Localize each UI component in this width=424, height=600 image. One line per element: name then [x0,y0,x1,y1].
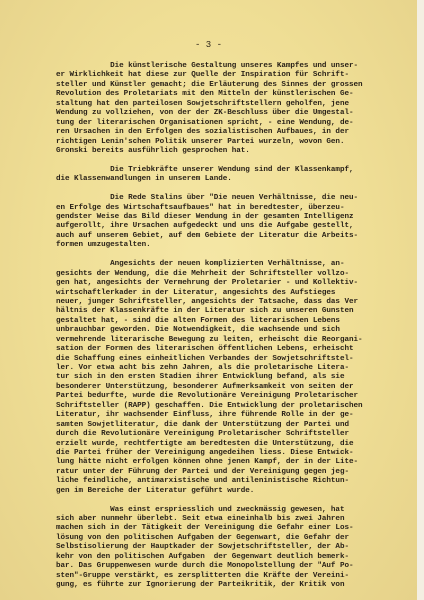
text-line: Die Triebkräfte unserer Wendung sind der… [56,166,414,175]
text-line: erzielt wurde, rechtfertigte am beredtes… [56,440,414,449]
text-line: die Klassenwandlungen in unserem Lande. [56,175,414,184]
text-line: hältnis der Klassenkräfte in der Literat… [56,307,414,316]
paragraph-gap [56,185,414,194]
text-line: Wendung zu vollziehen, von der der ZK-Be… [56,109,414,118]
text-line: vermehrende literarische Bewegung zu lei… [56,336,414,345]
text-line: Die Rede Stalins über "Die neuen Verhält… [56,194,414,203]
text-line: sten"-Gruppe verstärkt, es zersplitterte… [56,572,414,581]
text-line: gung, es führte zur Ignorierung der Part… [56,581,414,590]
text-line: staltung hat den parteilosen Sowjetschri… [56,100,414,109]
text-line: die Schaffung eines einheitlichen Verban… [56,355,414,364]
text-line: lösung von den politischen Aufgaben der … [56,534,414,543]
text-line: lung hätte nicht erfolgen können ohne je… [56,458,414,467]
text-line: ler. Vor etwa acht bis zehn Jahren, als … [56,364,414,373]
text-line: Was einst erspriesslich und zweckmässig … [56,506,414,515]
text-line: aufgerollt, ihre Ursachen aufgedeckt und… [56,222,414,231]
text-line: auch auf unserem Gebiet, auf dem Gebiete… [56,232,414,241]
text-line: samten Sowjetliteratur, die dank der Unt… [56,421,414,430]
text-line: steller und Künstler gemacht; die Erläut… [56,81,414,90]
text-line: gesichts der Wendung, die die Mehrheit d… [56,270,414,279]
text-line: gen hat, angesichts der Vermehrung der P… [56,279,414,288]
text-line: Literatur, ihr wachsender Einfluss, ihre… [56,411,414,420]
text-line: neuer, junger Schriftsteller, angesichts… [56,298,414,307]
page-number: - 3 - [0,40,417,50]
paragraph-gap [56,251,414,260]
text-line: tung der literarischen Organisationen sp… [56,119,414,128]
text-line: gendster Weise das Bild dieser Wendung i… [56,213,414,222]
scan-margin [417,0,424,600]
text-line: sation der Formen des literarischen öffe… [56,345,414,354]
paragraph: Die künstlerische Gestaltung unseres Kam… [56,62,414,156]
text-line: durch die Revolutionäre Vereinigung Prol… [56,430,414,439]
text-line: Revolution des Proletariats mit den Mitt… [56,90,414,99]
text-line: kehr von den politischen Aufgaben der Ge… [56,553,414,562]
document-body: Die künstlerische Gestaltung unseres Kam… [56,62,414,591]
text-line: tur sich in den ersten Stadien ihrer Ent… [56,373,414,382]
paragraph-gap [56,496,414,505]
text-line: Schriftsteller (RAPP) geschaffen. Die En… [56,402,414,411]
text-line: ren Ursachen in den Erfolgen des soziali… [56,128,414,137]
text-line: en Erfolge des Wirtschaftsaufbaues" hat … [56,204,414,213]
text-line: formen umzugestalten. [56,241,414,250]
text-line: richtigen Lenin'schen Politik unserer Pa… [56,138,414,147]
paragraph: Die Triebkräfte unserer Wendung sind der… [56,166,414,185]
text-line: besonderer Unterstützung, besonderer Auf… [56,383,414,392]
text-line: Angesichts der neuen komplizierten Verhä… [56,260,414,269]
text-line: bar. Das Gruppenwesen wurde durch die Mo… [56,562,414,571]
paragraph: Was einst erspriesslich und zweckmässig … [56,506,414,591]
paragraph: Die Rede Stalins über "Die neuen Verhält… [56,194,414,251]
text-line: liche feindliche, antimarxistische und a… [56,477,414,486]
text-line: gestaltet hat, - sind die alten Formen d… [56,317,414,326]
text-line: wirtschaftlerkader in der Literatur, ang… [56,289,414,298]
text-line: Partei bedurfte, wurde die Revolutionäre… [56,392,414,401]
text-line: machen sich in der Tätigkeit der Vereini… [56,524,414,533]
text-line: Selbstisolierung der Hauptkader der Sowj… [56,543,414,552]
text-line: sich aber nunmehr überlebt. Seit etwa ei… [56,515,414,524]
text-line: er Wirklichkeit hat diese zur Quelle der… [56,71,414,80]
text-line: unbrauchbar geworden. Die Notwendigkeit,… [56,326,414,335]
text-line: gen im Bereiche der Literatur geführt wu… [56,487,414,496]
text-line: ratur unter der Führung der Partei und d… [56,468,414,477]
paragraph: Angesichts der neuen komplizierten Verhä… [56,260,414,496]
paragraph-gap [56,156,414,165]
text-line: die Partei früher der Vereinigung angede… [56,449,414,458]
text-line: Gronski bereits ausführlich gesprochen h… [56,147,414,156]
text-line: Die künstlerische Gestaltung unseres Kam… [56,62,414,71]
